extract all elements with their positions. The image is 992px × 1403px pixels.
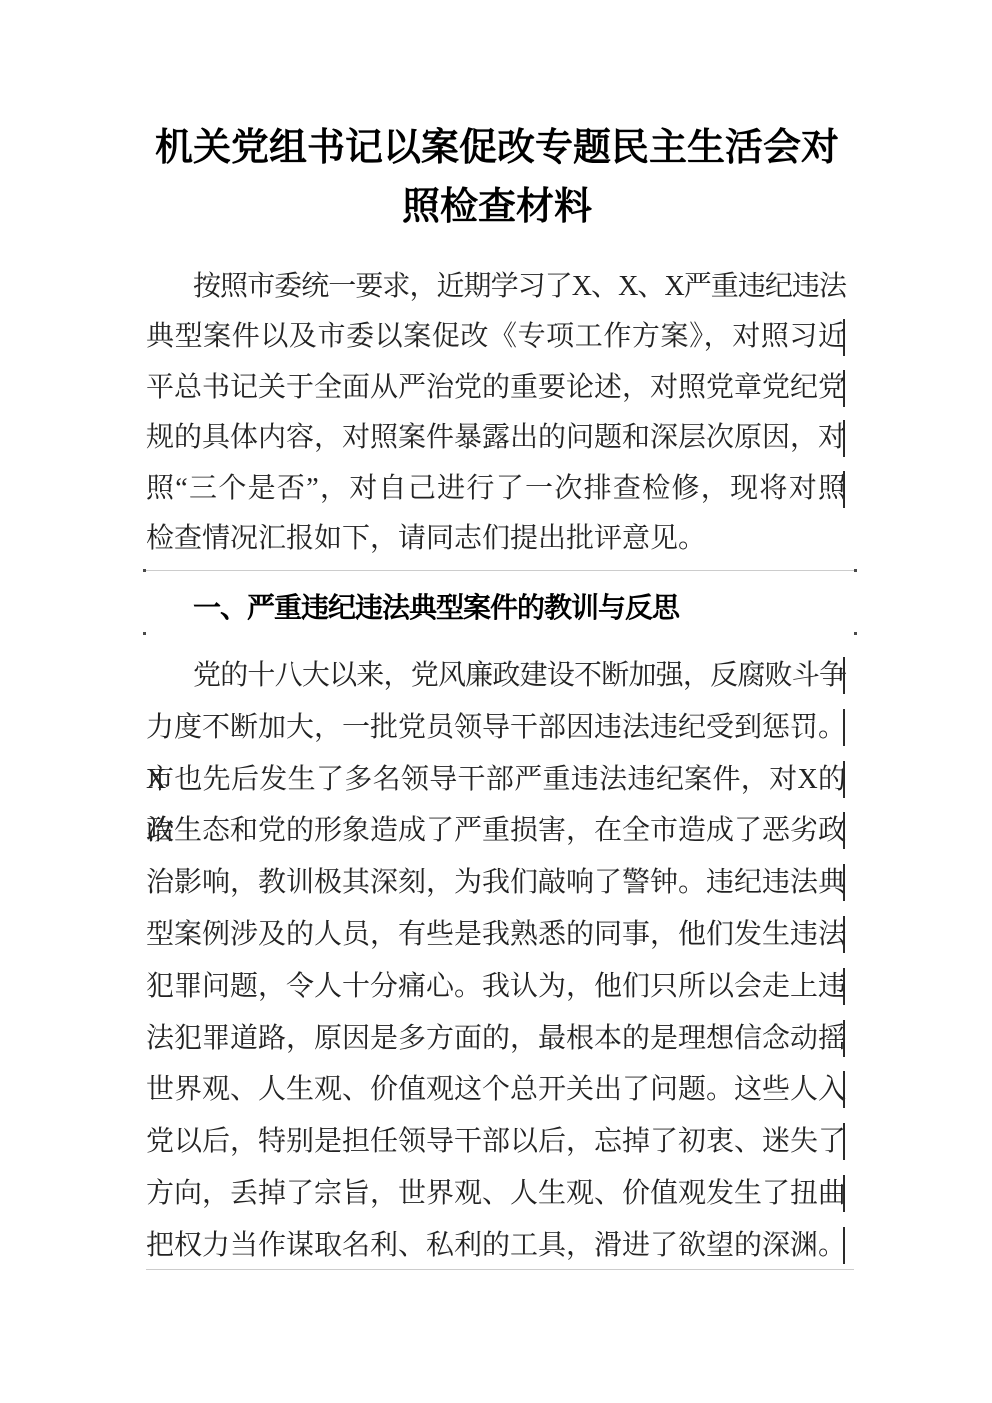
text-line-content: 规的具体内容，对照案件暴露出的问题和深层次原因，对: [146, 422, 846, 453]
text-line-content: 党以后，特别是担任领导干部以后，忘掉了初衷、迷失了: [146, 1126, 846, 1157]
document-content-area[interactable]: 机关党组书记以案促改专题民主生活会对 照检查材料 按照市委统一要求，近期学习了X…: [146, 0, 848, 1403]
text-line-content: 平总书记关于全面从严治党的重要论述，对照党章党纪党: [146, 372, 846, 403]
text-line-content: 治生态和党的形象造成了严重损害，在全市造成了恶劣政: [146, 815, 846, 846]
text-line[interactable]: 规的具体内容，对照案件暴露出的问题和深层次原因，对: [146, 413, 846, 463]
doc-title-line-1: 机关党组书记以案促改专题民主生活会对: [155, 125, 839, 169]
text-line-content: 把权力当作谋取名利、私利的工具，滑进了欲望的深渊。: [146, 1230, 846, 1261]
text-line[interactable]: 平总书记关于全面从严治党的重要论述，对照党章党纪党: [146, 363, 846, 413]
text-line[interactable]: 把权力当作谋取名利、私利的工具，滑进了欲望的深渊。: [146, 1220, 846, 1272]
document-page: 机关党组书记以案促改专题民主生活会对 照检查材料 按照市委统一要求，近期学习了X…: [0, 0, 992, 1403]
text-line[interactable]: 典型案件以及市委以案促改《专项工作方案》，对照习近: [146, 312, 846, 362]
line-end-cursor-mark: [843, 709, 845, 746]
paragraph-body[interactable]: 党的十八大以来，党风廉政建设不断加强，反腐败斗争力度不断加大，一批党员领导干部因…: [146, 650, 848, 1272]
line-end-cursor-mark: [843, 1123, 845, 1160]
section-heading[interactable]: 一、严重违纪违法典型案件的教训与反思: [146, 586, 848, 630]
text-line[interactable]: 力度不断加大，一批党员领导干部因违法违纪受到惩罚。X: [146, 702, 846, 754]
text-line[interactable]: 照“三个是否”，对自己进行了一次排查检修，现将对照: [146, 464, 846, 514]
text-line-content: 按照市委统一要求，近期学习了X、X、X严重违纪违法: [193, 271, 846, 302]
text-line-content: 世界观、人生观、价值观这个总开关出了问题。这些人入: [146, 1074, 846, 1105]
text-line[interactable]: 治影响，教训极其深刻，为我们敲响了警钟。违纪违法典: [146, 857, 846, 909]
line-end-cursor-mark: [843, 1071, 845, 1108]
text-line[interactable]: 按照市委统一要求，近期学习了X、X、X严重违纪违法: [146, 262, 846, 312]
text-line-content: 型案例涉及的人员，有些是我熟悉的同事，他们发生违法: [146, 919, 846, 950]
line-end-cursor-mark: [843, 471, 845, 508]
line-end-cursor-mark: [843, 1175, 845, 1212]
text-line-content: 检查情况汇报如下，请同志们提出批评意见。: [146, 523, 706, 554]
separator-rule-bottom: [146, 1269, 854, 1270]
separator-rule-top: [146, 570, 854, 571]
line-end-cursor-mark: [843, 968, 845, 1005]
text-line[interactable]: 治生态和党的形象造成了严重损害，在全市造成了恶劣政: [146, 805, 846, 857]
frame-anchor-dot: [854, 632, 857, 635]
text-line-content: 法犯罪道路，原因是多方面的，最根本的是理想信念动摇: [146, 1023, 846, 1054]
paragraph-intro[interactable]: 按照市委统一要求，近期学习了X、X、X严重违纪违法典型案件以及市委以案促改《专项…: [146, 262, 848, 564]
text-line-content: 党的十八大以来，党风廉政建设不断加强，反腐败斗争: [193, 660, 846, 691]
line-end-cursor-mark: [843, 657, 845, 694]
line-end-cursor-mark: [843, 420, 845, 457]
line-end-cursor-mark: [843, 1020, 845, 1057]
text-line[interactable]: 党以后，特别是担任领导干部以后，忘掉了初衷、迷失了: [146, 1116, 846, 1168]
line-end-cursor-mark: [843, 319, 845, 356]
line-end-cursor-mark: [843, 761, 845, 798]
text-line[interactable]: 法犯罪道路，原因是多方面的，最根本的是理想信念动摇: [146, 1013, 846, 1065]
text-line[interactable]: 方向，丢掉了宗旨，世界观、人生观、价值观发生了扭曲: [146, 1168, 846, 1220]
line-end-cursor-mark: [843, 864, 845, 901]
doc-title: 机关党组书记以案促改专题民主生活会对 照检查材料: [146, 118, 848, 236]
text-line[interactable]: 型案例涉及的人员，有些是我熟悉的同事，他们发生违法: [146, 909, 846, 961]
frame-anchor-dot: [143, 632, 146, 635]
line-end-cursor-mark: [843, 812, 845, 849]
text-line-content: 犯罪问题，令人十分痛心。我认为，他们只所以会走上违: [146, 971, 846, 1002]
frame-anchor-dot: [854, 569, 857, 572]
line-end-cursor-mark: [843, 1227, 845, 1264]
text-line[interactable]: 犯罪问题，令人十分痛心。我认为，他们只所以会走上违: [146, 961, 846, 1013]
text-line[interactable]: 市也先后发生了多名领导干部严重违法违纪案件，对X的政: [146, 754, 846, 806]
line-end-cursor-mark: [843, 370, 845, 407]
text-line[interactable]: 检查情况汇报如下，请同志们提出批评意见。: [146, 514, 846, 564]
doc-title-line-2: 照检查材料: [402, 184, 592, 228]
line-end-cursor-mark: [843, 916, 845, 953]
text-line-content: 典型案件以及市委以案促改《专项工作方案》，对照习近: [146, 321, 846, 352]
text-line-content: 照“三个是否”，对自己进行了一次排查检修，现将对照: [146, 473, 846, 504]
text-line-content: 方向，丢掉了宗旨，世界观、人生观、价值观发生了扭曲: [146, 1178, 846, 1209]
text-line[interactable]: 党的十八大以来，党风廉政建设不断加强，反腐败斗争: [146, 650, 846, 702]
text-line[interactable]: 世界观、人生观、价值观这个总开关出了问题。这些人入: [146, 1064, 846, 1116]
text-line-content: 治影响，教训极其深刻，为我们敲响了警钟。违纪违法典: [146, 867, 846, 898]
frame-anchor-dot: [143, 569, 146, 572]
